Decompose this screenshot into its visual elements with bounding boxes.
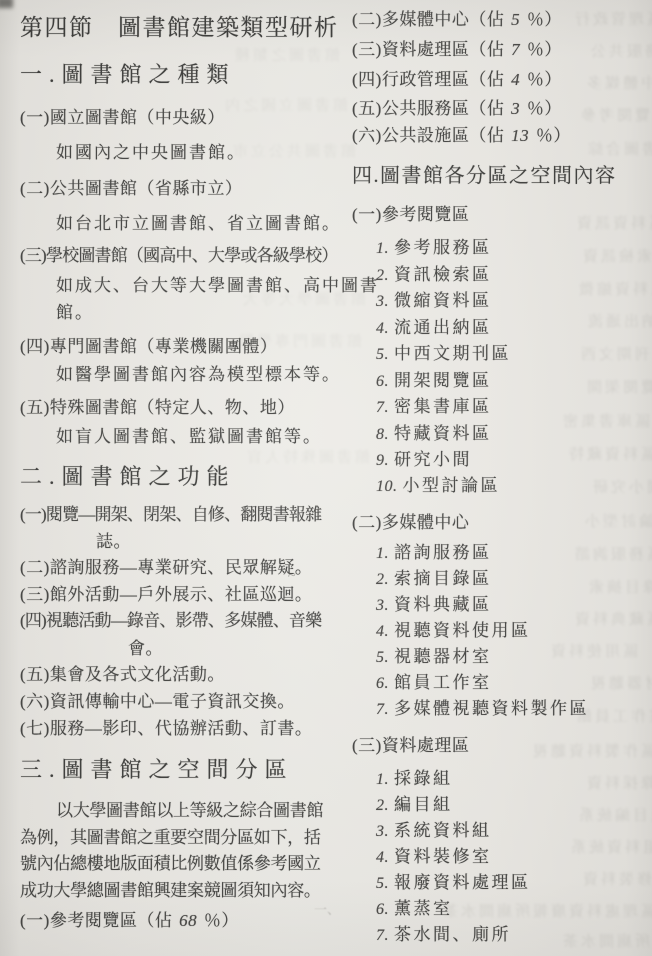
zone-text: ％） bbox=[531, 126, 571, 145]
list-item: (三)學校圖書館（國高中、大學或各級學校） bbox=[20, 246, 338, 266]
item-label: 資料典藏區 bbox=[394, 595, 492, 614]
numbered-item: 3.資料典藏區 bbox=[376, 595, 492, 615]
numbered-item: 5.視聽器材室 bbox=[376, 647, 492, 667]
item-label: 採錄組 bbox=[394, 769, 453, 788]
zone-item: (四)行政管理區（佔 4 ％） bbox=[352, 70, 562, 90]
zone-text: (五)公共服務區（佔 bbox=[352, 99, 509, 118]
numbered-item: 3.系統資料組 bbox=[376, 821, 492, 841]
group-label: (三)資料處理區 bbox=[352, 736, 469, 756]
item-number: 6. bbox=[376, 373, 389, 390]
section-heading-3: 三.圖書館之空間分區 bbox=[20, 757, 294, 783]
paragraph-line: 為例，其圖書館之重要空間分區如下，括 bbox=[20, 828, 321, 848]
item-number: 10. bbox=[376, 478, 398, 495]
item-number: 5. bbox=[376, 649, 389, 666]
list-item: (三)館外活動—戶外展示、社區巡迴。 bbox=[20, 585, 312, 605]
list-item-description: 如台北市立圖書館、省立圖書館。 bbox=[56, 214, 341, 234]
item-number: 7. bbox=[376, 701, 389, 718]
numbered-item: 8.特藏資料區 bbox=[376, 424, 492, 444]
list-item-description: 如醫學圖書館內容為模型標本等。 bbox=[56, 365, 341, 385]
item-label: 諮詢服務區 bbox=[394, 543, 492, 562]
section-heading-4: 四.圖書館各分區之空間內容 bbox=[352, 164, 617, 188]
scan-smudge bbox=[0, 0, 13, 8]
paragraph-line: 成功大學總圖書館興建案競圖須知內容。 bbox=[20, 881, 321, 901]
item-label: 開架閱覽區 bbox=[394, 371, 492, 390]
numbered-item: 4.流通出納區 bbox=[376, 318, 492, 338]
numbered-item: 7.密集書庫區 bbox=[376, 397, 492, 417]
item-number: 7. bbox=[376, 927, 389, 944]
item-number: 3. bbox=[376, 823, 389, 840]
item-number: 4. bbox=[376, 320, 389, 337]
zone-text: ％） bbox=[522, 99, 562, 118]
zone-item: (三)資料處理區（佔 7 ％） bbox=[352, 40, 562, 60]
numbered-item: 5.報廢資料處理區 bbox=[376, 873, 531, 893]
list-item-continuation: 誌。 bbox=[96, 532, 131, 552]
zone-text: ％） bbox=[199, 911, 239, 930]
item-number: 5. bbox=[376, 346, 389, 363]
zone-item: (五)公共服務區（佔 3 ％） bbox=[352, 99, 562, 119]
item-number: 7. bbox=[376, 399, 389, 416]
page-title: 第四節 圖書館建築類型研析 bbox=[20, 14, 339, 42]
item-label: 視聽器材室 bbox=[394, 647, 492, 666]
list-item-description: 如國內之中央圖書館。 bbox=[56, 143, 246, 163]
percent-value: 4 bbox=[509, 70, 522, 89]
item-label: 多媒體視聽資料製作區 bbox=[394, 699, 589, 718]
right-column: (二)多媒體中心（佔 5 ％） (三)資料處理區（佔 7 ％） (四)行政管理區… bbox=[352, 0, 650, 956]
zone-text: (三)資料處理區（佔 bbox=[352, 40, 509, 59]
scanned-document-page: 區理管政行 區務服共公 心中體媒多 區覽閱考參 館書圖合綜 區料資訊資 區索檢訊… bbox=[0, 0, 652, 956]
list-item: (一)國立圖書館（中央級） bbox=[20, 108, 225, 128]
item-label: 索摘目錄區 bbox=[394, 569, 492, 588]
numbered-item: 2.資訊檢索區 bbox=[376, 265, 492, 285]
item-number: 8. bbox=[376, 426, 389, 443]
item-number: 5. bbox=[376, 875, 389, 892]
item-number: 2. bbox=[376, 797, 389, 814]
numbered-item: 7.多媒體視聽資料製作區 bbox=[376, 699, 589, 719]
item-label: 密集書庫區 bbox=[394, 397, 492, 416]
list-item: (一)閱覽—開架、閉架、自修、翻閱書報雜 bbox=[20, 505, 321, 525]
zone-item: (二)多媒體中心（佔 5 ％） bbox=[352, 10, 562, 30]
list-item: (二)諮詢服務—專業研究、民眾解疑。 bbox=[20, 558, 312, 578]
list-item: (六)資訊傳輸中心—電子資訊交換。 bbox=[20, 692, 295, 712]
item-label: 資料裝修室 bbox=[394, 847, 492, 866]
paragraph-line: 號內佔總樓地版面積比例數值係參考國立 bbox=[20, 854, 321, 874]
numbered-item: 6.館員工作室 bbox=[376, 673, 492, 693]
numbered-item: 2.編目組 bbox=[376, 795, 453, 815]
item-label: 微縮資料區 bbox=[394, 291, 492, 310]
percent-value: 5 bbox=[509, 10, 522, 29]
item-number: 6. bbox=[376, 901, 389, 918]
item-label: 報廢資料處理區 bbox=[394, 873, 531, 892]
list-item-description: 如盲人圖書館、監獄圖書館等。 bbox=[56, 427, 322, 447]
numbered-item: 7.茶水間、廁所 bbox=[376, 925, 511, 945]
percent-value: 68 bbox=[177, 911, 199, 930]
group-label: (二)多媒體中心 bbox=[352, 513, 469, 533]
zone-item: (一)參考閱覽區（佔 68 ％） bbox=[20, 911, 239, 931]
group-label: (一)參考閱覽區 bbox=[352, 205, 469, 225]
numbered-item: 1.採錄組 bbox=[376, 769, 453, 789]
zone-text: (六)公共設施區（佔 bbox=[352, 126, 509, 145]
item-label: 茶水間、廁所 bbox=[394, 925, 511, 944]
item-number: 6. bbox=[376, 675, 389, 692]
item-number: 1. bbox=[376, 240, 389, 257]
list-item: (五)集會及各式文化活動。 bbox=[20, 665, 225, 685]
list-item: (七)服務—影印、代協辦活動、訂書。 bbox=[20, 719, 312, 739]
zone-item: (六)公共設施區（佔 13 ％） bbox=[352, 126, 571, 146]
numbered-item: 10.小型討論區 bbox=[376, 476, 500, 496]
item-label: 館員工作室 bbox=[394, 673, 492, 692]
item-label: 薰蒸室 bbox=[394, 899, 453, 918]
list-item: (四)視聽活動—錄音、影帶、多媒體、音樂 bbox=[20, 611, 321, 631]
item-number: 9. bbox=[376, 452, 389, 469]
item-label: 編目組 bbox=[394, 795, 453, 814]
numbered-item: 4.視聽資料使用區 bbox=[376, 621, 531, 641]
list-item-continuation: 會。 bbox=[128, 639, 163, 659]
numbered-item: 9.研究小間 bbox=[376, 450, 472, 470]
percent-value: 3 bbox=[509, 99, 522, 118]
item-label: 視聽資料使用區 bbox=[394, 621, 531, 640]
list-item: (五)特殊圖書館（特定人、物、地） bbox=[20, 398, 295, 418]
item-number: 4. bbox=[376, 849, 389, 866]
numbered-item: 6.開架閱覽區 bbox=[376, 371, 492, 391]
item-label: 中西文期刊區 bbox=[394, 344, 511, 363]
numbered-item: 1.參考服務區 bbox=[376, 238, 492, 258]
item-number: 2. bbox=[376, 571, 389, 588]
zone-text: (一)參考閱覽區（佔 bbox=[20, 911, 177, 930]
item-number: 4. bbox=[376, 623, 389, 640]
list-item-description: 如成大、台大等大學圖書館、高中圖書 bbox=[56, 276, 379, 296]
numbered-item: 4.資料裝修室 bbox=[376, 847, 492, 867]
section-heading-2: 二.圖書館之功能 bbox=[20, 464, 236, 490]
item-number: 2. bbox=[376, 267, 389, 284]
zone-text: (二)多媒體中心（佔 bbox=[352, 10, 509, 29]
item-number: 1. bbox=[376, 545, 389, 562]
zone-text: (四)行政管理區（佔 bbox=[352, 70, 509, 89]
item-label: 系統資料組 bbox=[394, 821, 492, 840]
item-label: 資訊檢索區 bbox=[394, 265, 492, 284]
numbered-item: 6.薰蒸室 bbox=[376, 899, 453, 919]
item-label: 小型討論區 bbox=[403, 476, 501, 495]
list-item: (四)專門圖書館（專業機關團體） bbox=[20, 337, 277, 357]
list-item: (二)公共圖書館（省縣市立） bbox=[20, 179, 242, 199]
zone-text: ％） bbox=[522, 40, 562, 59]
item-number: 3. bbox=[376, 293, 389, 310]
section-heading-1: 一.圖書館之種類 bbox=[20, 62, 236, 88]
zone-text: ％） bbox=[522, 10, 562, 29]
item-label: 研究小間 bbox=[394, 450, 472, 469]
item-number: 3. bbox=[376, 597, 389, 614]
numbered-item: 1.諮詢服務區 bbox=[376, 543, 492, 563]
numbered-item: 3.微縮資料區 bbox=[376, 291, 492, 311]
item-number: 1. bbox=[376, 771, 389, 788]
numbered-item: 2.索摘目錄區 bbox=[376, 569, 492, 589]
paragraph-line: 以大學圖書館以上等級之綜合圖書館 bbox=[56, 801, 323, 821]
percent-value: 7 bbox=[509, 40, 522, 59]
zone-text: ％） bbox=[522, 70, 562, 89]
percent-value: 13 bbox=[509, 126, 531, 145]
list-item-description: 館。 bbox=[56, 303, 94, 323]
item-label: 特藏資料區 bbox=[394, 424, 492, 443]
numbered-item: 5.中西文期刊區 bbox=[376, 344, 511, 364]
item-label: 參考服務區 bbox=[394, 238, 492, 257]
left-column: 第四節 圖書館建築類型研析 一.圖書館之種類 (一)國立圖書館（中央級） 如國內… bbox=[20, 0, 340, 956]
item-label: 流通出納區 bbox=[394, 318, 492, 337]
